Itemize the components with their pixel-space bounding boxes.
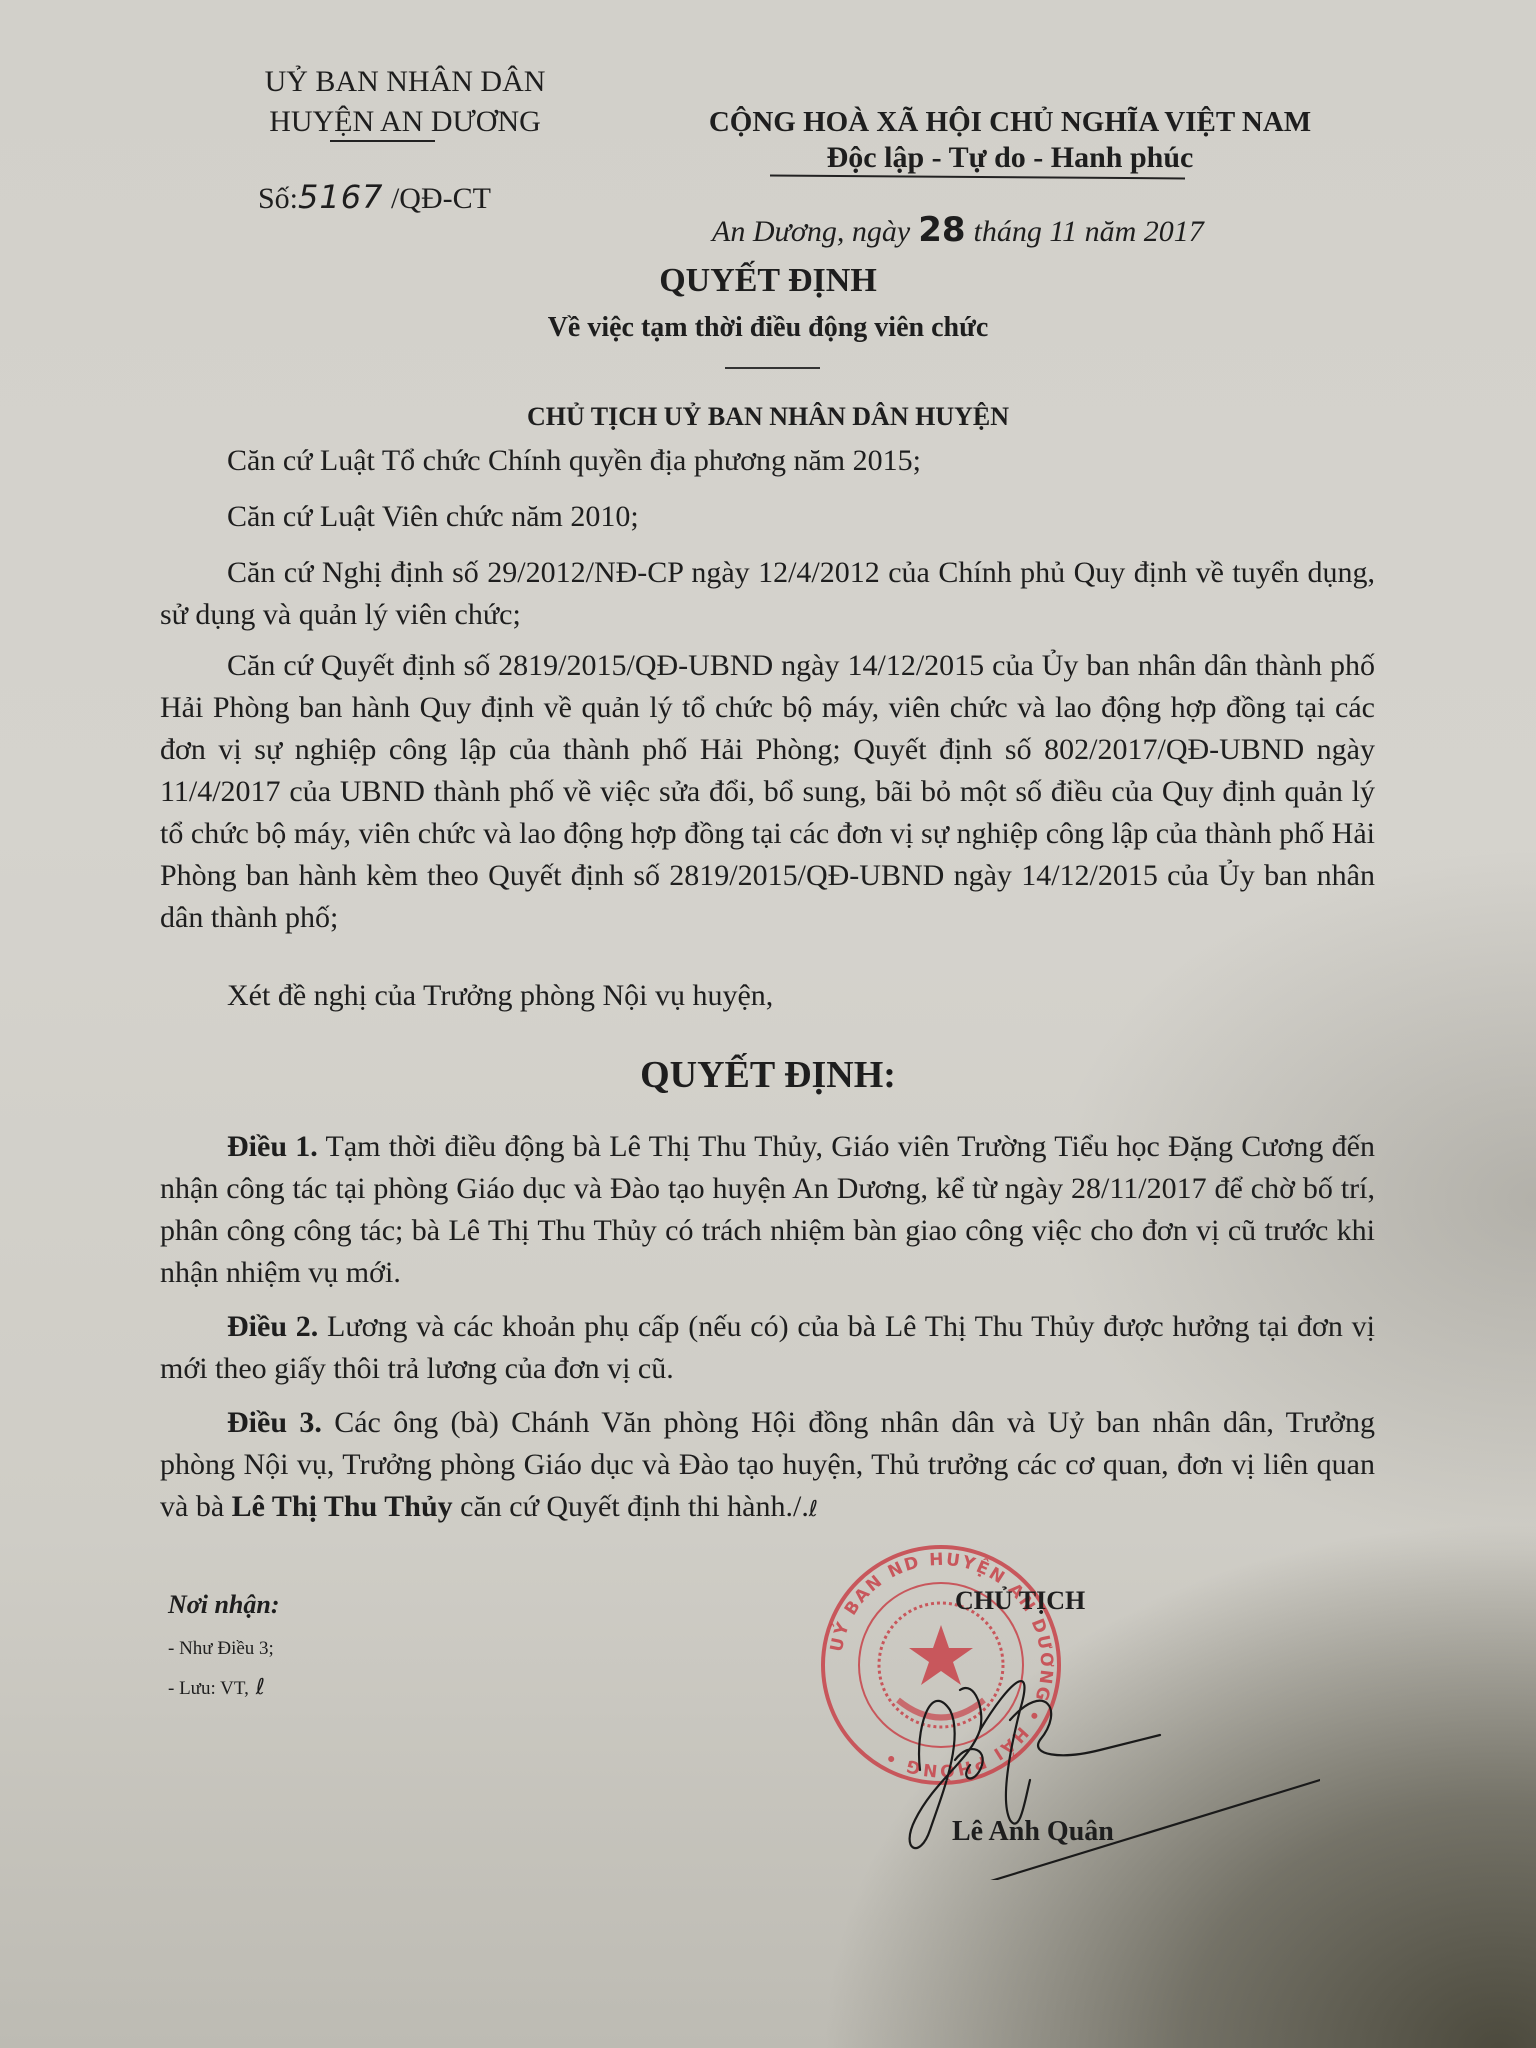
recipient-item: - Lưu: VT, ℓ (168, 1675, 265, 1700)
article-label: Điều 3. (227, 1406, 322, 1439)
header-divider-left (330, 140, 435, 142)
issuing-authority: CHỦ TỊCH UỶ BAN NHÂN DÂN HUYỆN (0, 402, 1536, 432)
article-3: Điều 3. Các ông (bà) Chánh Văn phòng Hội… (160, 1402, 1375, 1531)
document-number: Số:5167 /QĐ-CT (258, 178, 491, 216)
article-text: căn cứ Quyết định thi hành./. (453, 1490, 809, 1523)
signer-position: CHỦ TỊCH (955, 1586, 1085, 1616)
article-1: Điều 1. Tạm thời điều động bà Lê Thị Thu… (160, 1126, 1375, 1294)
handwritten-number: 5167 (298, 178, 383, 216)
person-name: Lê Thị Thu Thủy (232, 1490, 453, 1523)
agency-line-1: UỶ BAN NHÂN DÂN (200, 62, 610, 102)
preamble-item: Căn cứ Luật Viên chức năm 2010; (160, 496, 1375, 538)
handwritten-day: 28 (918, 210, 965, 250)
initial-mark-icon: ℓ (809, 1497, 818, 1522)
country-name: CỘNG HOÀ XÃ HỘI CHỦ NGHĨA VIỆT NAM (690, 104, 1330, 140)
national-header: CỘNG HOÀ XÃ HỘI CHỦ NGHĨA VIỆT NAM Độc l… (690, 104, 1330, 176)
article-text: Tạm thời điều động bà Lê Thị Thu Thủy, G… (160, 1130, 1375, 1289)
document-title: QUYẾT ĐỊNH (0, 262, 1536, 300)
preamble-item: Căn cứ Nghị định số 29/2012/NĐ-CP ngày 1… (160, 552, 1375, 636)
initial-mark-icon: ℓ (249, 1675, 265, 1700)
recipient-item: - Như Điều 3; (168, 1638, 274, 1660)
issuing-agency: UỶ BAN NHÂN DÂN HUYỆN AN DƯƠNG (200, 62, 610, 142)
signer-name: Lê Anh Quân (952, 1816, 1114, 1848)
preamble-item: Xét đề nghị của Trưởng phòng Nội vụ huyệ… (160, 975, 1375, 1017)
preamble-item: Căn cứ Quyết định số 2819/2015/QĐ-UBND n… (160, 645, 1375, 939)
article-2: Điều 2. Lương và các khoản phụ cấp (nếu … (160, 1306, 1375, 1390)
article-label: Điều 1. (227, 1130, 318, 1163)
issue-date: An Dương, ngày28tháng 11 năm 2017 (712, 210, 1204, 250)
recipients-heading: Nơi nhận: (168, 1590, 280, 1620)
preamble-item: Căn cứ Luật Tổ chức Chính quyền địa phươ… (160, 440, 1375, 482)
national-motto: Độc lập - Tự do - Hanh phúc (827, 140, 1194, 176)
title-divider (725, 367, 820, 369)
article-text: Lương và các khoản phụ cấp (nếu có) của … (160, 1310, 1375, 1385)
article-label: Điều 2. (227, 1310, 318, 1343)
decision-heading: QUYẾT ĐỊNH: (0, 1053, 1536, 1097)
agency-line-2: HUYỆN AN DƯƠNG (200, 102, 610, 142)
document-subject: Về việc tạm thời điều động viên chức (0, 312, 1536, 344)
